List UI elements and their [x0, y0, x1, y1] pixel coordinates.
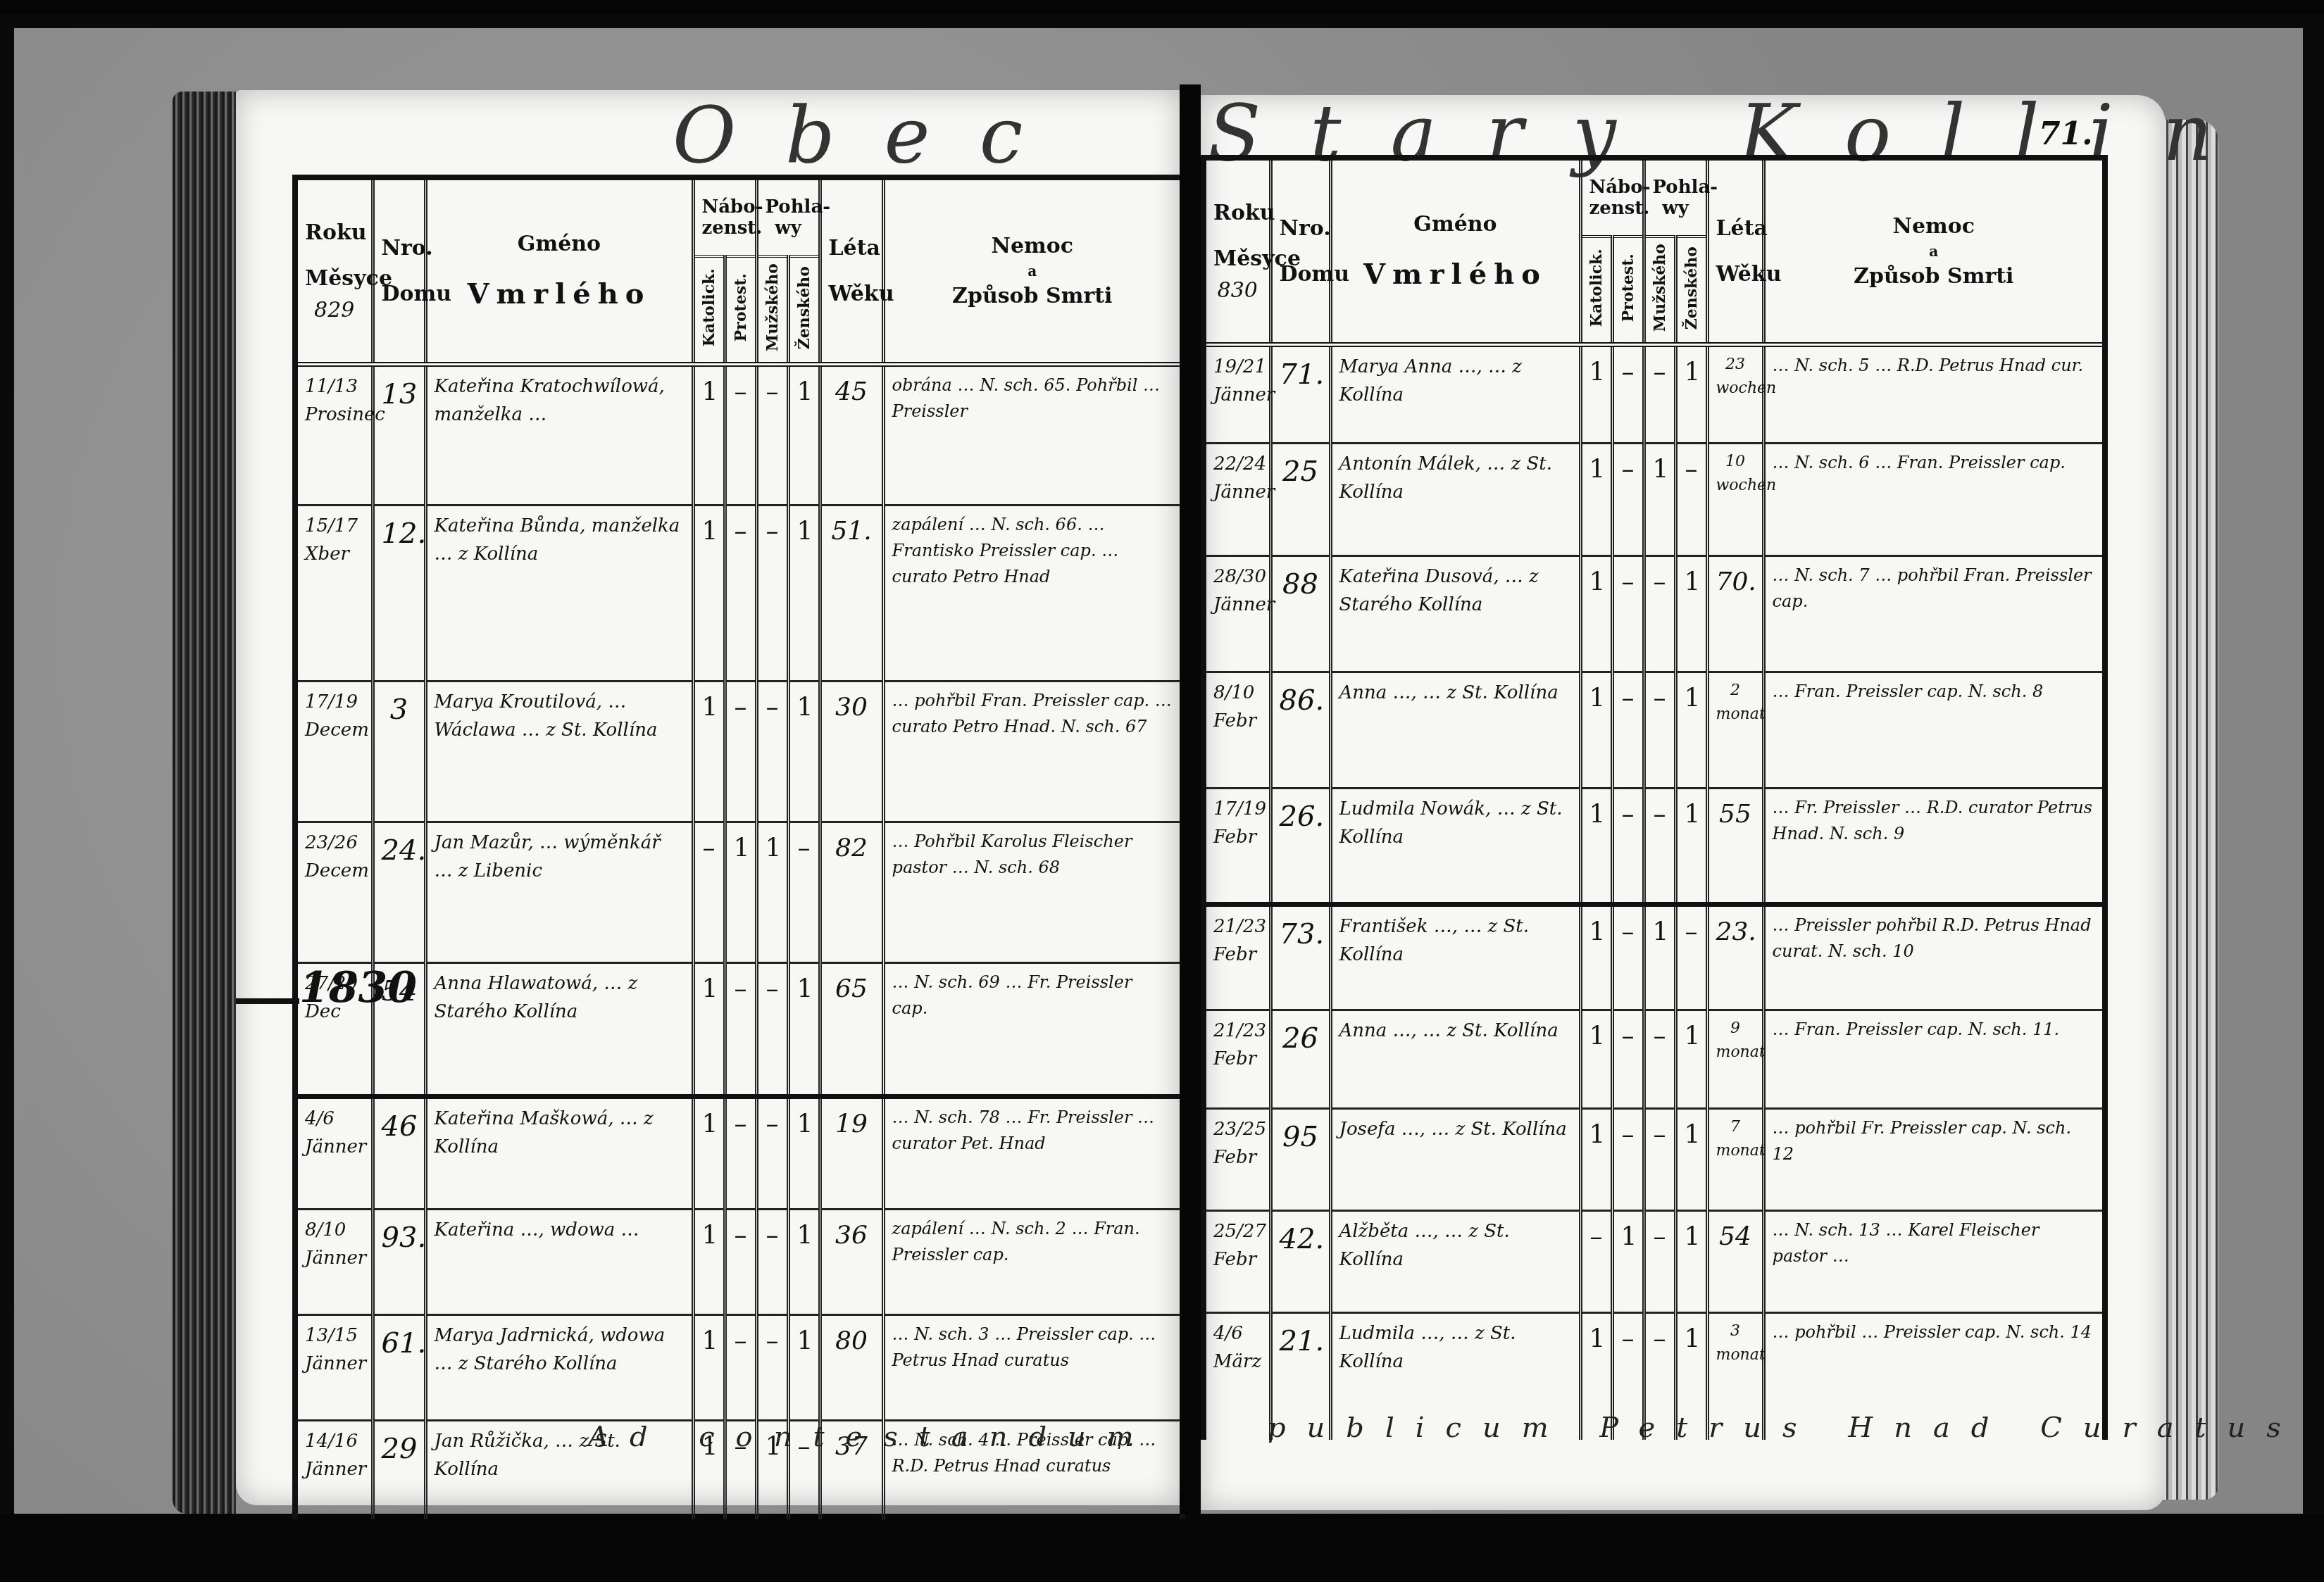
entry-age: 55: [1707, 789, 1763, 905]
entry-house: 3: [373, 682, 425, 822]
header-roku: Roku: [305, 220, 367, 245]
entry-catholic: 1: [693, 365, 725, 506]
entry-cause: … N. sch. 5 … R.D. Petrus Hnad cur.: [1763, 345, 2105, 444]
entry-name: Josefa …, … z St. Kollína: [1330, 1109, 1580, 1211]
entry-date: 21/23 Febr: [1204, 1010, 1270, 1109]
header-leta: Léta: [829, 236, 880, 260]
entry-name: Kateřina …, wdowa …: [425, 1210, 693, 1315]
entry-house: 13: [373, 365, 425, 506]
entry-house: 88: [1270, 556, 1330, 672]
entry-catholic: 1: [693, 1097, 725, 1210]
header-nabozenst: Nábo-zenst.: [1580, 158, 1644, 237]
header-vmrleho: Vmrlého: [1339, 258, 1572, 291]
header-gmeno-vmrleho: Gméno Vmrlého: [425, 177, 693, 365]
entry-date: 4/6 Jänner: [295, 1097, 373, 1210]
entry-catholic: 1: [1580, 1109, 1612, 1211]
entry-cause: … pohřbil Fran. Preissler cap. … curato …: [883, 682, 1182, 822]
entry-male: 1: [1644, 905, 1675, 1010]
header-zenskeho: Ženského: [1675, 237, 1707, 345]
entry-male: –: [756, 1097, 788, 1210]
entry-age: 7 monat: [1707, 1109, 1763, 1211]
entry-catholic: 1: [693, 1315, 725, 1421]
entry-name: Kateřina Dusová, … z Starého Kollína: [1330, 556, 1580, 672]
header-katolick: Katolick.: [693, 256, 725, 365]
entry-name: František …, … z St. Kollína: [1330, 905, 1580, 1010]
entry-protestant: –: [1612, 1010, 1644, 1109]
entry-cause: … N. sch. 13 … Karel Fleischer pastor …: [1763, 1211, 2105, 1313]
book-gutter: [1180, 84, 1201, 1514]
entry-catholic: 1: [1580, 556, 1612, 672]
year-divider-mark: [236, 998, 299, 1004]
entry-female: 1: [1675, 556, 1707, 672]
entry-cause: … N. sch. 3 … Preissler cap. … Petrus Hn…: [883, 1315, 1182, 1421]
year-marker-1830: 1830: [299, 963, 417, 1012]
entry-house: 71.: [1270, 345, 1330, 444]
entry-age: 65: [820, 963, 883, 1097]
entry-protestant: –: [725, 506, 756, 682]
entry-cause: … Pohřbil Karolus Fleischer pastor … N. …: [883, 822, 1182, 963]
closing-note-right: publicum Petrus Hnad Curatus: [1268, 1412, 2302, 1444]
entry-house: 86.: [1270, 672, 1330, 789]
table-row: 15/17 Xber 12. Kateřina Bůnda, manželka …: [295, 506, 1182, 682]
book-page-edges-left: [173, 92, 236, 1514]
entry-catholic: 1: [1580, 444, 1612, 556]
entry-female: 1: [788, 1210, 820, 1315]
entry-catholic: 1: [1580, 672, 1612, 789]
entry-house: 46: [373, 1097, 425, 1210]
entry-date: 17/19 Decem: [295, 682, 373, 822]
header-muzskeho: Mužského: [1644, 237, 1675, 345]
header-protest: Protest.: [1612, 237, 1644, 345]
entry-age: 10 wochen: [1707, 444, 1763, 556]
right-page: Stary Kollin 71. Roku Měsyce 830 Nro. Do…: [1201, 95, 2166, 1510]
register-table-left: Roku Měsyce 829 Nro. Domu Gméno Vmrlého …: [292, 175, 1185, 1519]
entry-cause: zapálení … N. sch. 2 … Fran. Preissler c…: [883, 1210, 1182, 1315]
book-page-edges-right: [2162, 120, 2218, 1500]
entry-house: 95: [1270, 1109, 1330, 1211]
entry-house: 25: [1270, 444, 1330, 556]
entry-age: 19: [820, 1097, 883, 1210]
entry-house: 42.: [1270, 1211, 1330, 1313]
entry-date: 21/23 Febr: [1204, 905, 1270, 1010]
header-a: a: [1773, 243, 2096, 260]
entry-house: 61.: [373, 1315, 425, 1421]
table-row: 21/23 Febr 26 Anna …, … z St. Kollína 1 …: [1204, 1010, 2105, 1109]
entry-name: Jan Mazůr, … wýměnkář … z Libenic: [425, 822, 693, 963]
header-weku: Wěku: [829, 282, 875, 306]
entry-male: –: [1644, 672, 1675, 789]
entry-protestant: –: [1612, 905, 1644, 1010]
entry-name: Kateřina Bůnda, manželka … z Kollína: [425, 506, 693, 682]
entry-name: Kateřina Kratochwílowá, manželka …: [425, 365, 693, 506]
entry-catholic: –: [1580, 1211, 1612, 1313]
entry-date: 22/24 Jänner: [1204, 444, 1270, 556]
entry-age: 54: [1707, 1211, 1763, 1313]
entry-catholic: 1: [693, 682, 725, 822]
header-vmrleho: Vmrlého: [435, 277, 685, 310]
entry-age: 51.: [820, 506, 883, 682]
entry-age: 23.: [1707, 905, 1763, 1010]
entry-date: 15/17 Xber: [295, 506, 373, 682]
entry-date: 17/19 Febr: [1204, 789, 1270, 905]
entry-house: 12.: [373, 506, 425, 682]
header-gmeno: Gméno: [1413, 212, 1497, 237]
header-roku-mesyce: Roku Měsyce 830: [1204, 158, 1270, 345]
entry-date: 4/6 März: [1204, 1313, 1270, 1440]
entry-age: 70.: [1707, 556, 1763, 672]
entry-cause: … pohřbil Fr. Preissler cap. N. sch. 12: [1763, 1109, 2105, 1211]
header-nemoc: Nemoc: [1893, 214, 1975, 239]
entry-name: Ludmila Nowák, … z St. Kollína: [1330, 789, 1580, 905]
entry-protestant: –: [725, 1097, 756, 1210]
entry-age: 2 monat: [1707, 672, 1763, 789]
header-roku: Roku: [1213, 201, 1275, 225]
header-pohlawy: Pohla-wy: [1644, 158, 1707, 237]
entry-cause: … Fran. Preissler cap. N. sch. 11.: [1763, 1010, 2105, 1109]
entry-male: –: [756, 506, 788, 682]
entry-female: 1: [788, 1097, 820, 1210]
entry-male: 1: [1644, 444, 1675, 556]
entry-male: –: [756, 1315, 788, 1421]
entry-protestant: –: [1612, 444, 1644, 556]
header-protest: Protest.: [725, 256, 756, 365]
entry-house: 29: [373, 1421, 425, 1519]
entry-date: 28/30 Jänner: [1204, 556, 1270, 672]
header-nro: Nro.: [382, 236, 433, 260]
entry-female: 1: [788, 963, 820, 1097]
header-year: 830: [1213, 278, 1262, 303]
entry-male: –: [756, 365, 788, 506]
header-zpusob-smrti: Způsob Smrti: [892, 284, 1173, 308]
header-nemoc: Nemoc: [992, 234, 1074, 258]
header-zpusob-smrti: Způsob Smrti: [1773, 264, 2096, 289]
entry-female: 1: [788, 1315, 820, 1421]
entry-protestant: –: [1612, 672, 1644, 789]
entry-house: 73.: [1270, 905, 1330, 1010]
entry-male: –: [1644, 1109, 1675, 1211]
entry-date: 13/15 Jänner: [295, 1315, 373, 1421]
header-domu: Domu: [1280, 262, 1322, 287]
entry-cause: … N. sch. 6 … Fran. Preissler cap.: [1763, 444, 2105, 556]
entry-protestant: –: [725, 1210, 756, 1315]
table-row: 28/30 Jänner 88 Kateřina Dusová, … z Sta…: [1204, 556, 2105, 672]
entry-protestant: –: [725, 1315, 756, 1421]
entry-name: Marya Anna …, … z Kollína: [1330, 345, 1580, 444]
table-row: 25/27 Febr 42. Alžběta …, … z St. Kollín…: [1204, 1211, 2105, 1313]
entry-cause: … N. sch. 69 … Fr. Preissler cap.: [883, 963, 1182, 1097]
entry-female: 1: [1675, 1211, 1707, 1313]
entry-date: 23/25 Febr: [1204, 1109, 1270, 1211]
entry-protestant: –: [725, 365, 756, 506]
table-row: 27/29 Dec 54 Anna Hlawatowá, … z Starého…: [295, 963, 1182, 1097]
table-row: 11/13 Prosinec 13 Kateřina Kratochwílowá…: [295, 365, 1182, 506]
entry-female: 1: [1675, 672, 1707, 789]
entry-protestant: –: [1612, 1109, 1644, 1211]
header-pohlawy: Pohla-wy: [756, 177, 820, 256]
table-row: 13/15 Jänner 61. Marya Jadrnická, wdowa …: [295, 1315, 1182, 1421]
entry-name: Anna …, … z St. Kollína: [1330, 1010, 1580, 1109]
entry-catholic: 1: [1580, 1010, 1612, 1109]
header-domu: Domu: [382, 282, 417, 306]
entry-date: 14/16 Jänner: [295, 1421, 373, 1519]
table-row: 4/6 Jänner 46 Kateřina Maškowá, … z Koll…: [295, 1097, 1182, 1210]
entry-male: 1: [756, 822, 788, 963]
scan-border-bottom: [0, 1514, 2324, 1582]
entry-age: 9 monat: [1707, 1010, 1763, 1109]
entry-name: Anna Hlawatowá, … z Starého Kollína: [425, 963, 693, 1097]
header-mesyce: Měsyce: [1213, 246, 1262, 271]
table-row: 17/19 Decem 3 Marya Kroutilová, … Wáclaw…: [295, 682, 1182, 822]
entry-house: 93.: [373, 1210, 425, 1315]
entry-protestant: 1: [725, 822, 756, 963]
entry-female: 1: [1675, 789, 1707, 905]
entry-protestant: 1: [1612, 1211, 1644, 1313]
entry-male: –: [1644, 789, 1675, 905]
entry-female: 1: [1675, 345, 1707, 444]
entry-date: 19/21 Jänner: [1204, 345, 1270, 444]
entry-catholic: 1: [1580, 789, 1612, 905]
entry-female: 1: [788, 506, 820, 682]
entry-date: 8/10 Jänner: [295, 1210, 373, 1315]
table-row: 22/24 Jänner 25 Antonín Málek, … z St. K…: [1204, 444, 2105, 556]
entry-protestant: –: [725, 682, 756, 822]
table-row: 19/21 Jänner 71. Marya Anna …, … z Kollí…: [1204, 345, 2105, 444]
header-zenskeho: Ženského: [788, 256, 820, 365]
entry-date: 25/27 Febr: [1204, 1211, 1270, 1313]
entry-cause: zapálení … N. sch. 66. … Frantisko Preis…: [883, 506, 1182, 682]
entry-age: 36: [820, 1210, 883, 1315]
entry-catholic: 1: [693, 1210, 725, 1315]
header-nemoc-zpusob: Nemoc a Způsob Smrti: [883, 177, 1182, 365]
register-table-right: Roku Měsyce 830 Nro. Domu Gméno Vmrlého …: [1201, 155, 2108, 1440]
entry-name: Kateřina Maškowá, … z Kollína: [425, 1097, 693, 1210]
table-row: 8/10 Jänner 93. Kateřina …, wdowa … 1 – …: [295, 1210, 1182, 1315]
header-nro: Nro.: [1280, 216, 1331, 241]
table-row: 23/25 Febr 95 Josefa …, … z St. Kollína …: [1204, 1109, 2105, 1211]
entry-protestant: –: [1612, 556, 1644, 672]
entry-female: 1: [788, 365, 820, 506]
header-mesyce: Měsyce: [305, 266, 364, 291]
entry-female: 1: [788, 682, 820, 822]
folio-number: 71.: [2039, 116, 2093, 152]
entry-age: 23 wochen: [1707, 345, 1763, 444]
entry-cause: … Preissler pohřbil R.D. Petrus Hnad cur…: [1763, 905, 2105, 1010]
table-row: 8/10 Febr 86. Anna …, … z St. Kollína 1 …: [1204, 672, 2105, 789]
entry-male: –: [756, 682, 788, 822]
entry-female: 1: [1675, 1010, 1707, 1109]
entry-male: –: [1644, 556, 1675, 672]
entry-name: Antonín Málek, … z St. Kollína: [1330, 444, 1580, 556]
entry-house: 26.: [1270, 789, 1330, 905]
entry-age: 80: [820, 1315, 883, 1421]
place-title-left: Obec: [673, 90, 1072, 180]
entry-date: 11/13 Prosinec: [295, 365, 373, 506]
entry-protestant: –: [725, 963, 756, 1097]
table-row: 23/26 Decem 24. Jan Mazůr, … wýměnkář … …: [295, 822, 1182, 963]
entry-date: 8/10 Febr: [1204, 672, 1270, 789]
header-gmeno-vmrleho: Gméno Vmrlého: [1330, 158, 1580, 345]
header-gmeno: Gméno: [518, 232, 601, 256]
entry-name: Alžběta …, … z St. Kollína: [1330, 1211, 1580, 1313]
table-row: 21/23 Febr 73. František …, … z St. Koll…: [1204, 905, 2105, 1010]
entry-date: 23/26 Decem: [295, 822, 373, 963]
entry-catholic: 1: [1580, 345, 1612, 444]
table-row: 17/19 Febr 26. Ludmila Nowák, … z St. Ko…: [1204, 789, 2105, 905]
header-muzskeho: Mužského: [756, 256, 788, 365]
entry-catholic: 1: [693, 963, 725, 1097]
entry-house: 24.: [373, 822, 425, 963]
header-nabozenst: Nábo-zenst.: [693, 177, 756, 256]
entry-age: 45: [820, 365, 883, 506]
entry-male: –: [756, 963, 788, 1097]
entry-female: 1: [1675, 1109, 1707, 1211]
entry-male: –: [1644, 1010, 1675, 1109]
header-year: 829: [305, 298, 364, 322]
entry-female: –: [1675, 444, 1707, 556]
entry-protestant: –: [1612, 789, 1644, 905]
entry-catholic: 1: [693, 506, 725, 682]
entry-cause: … N. sch. 7 … pohřbil Fran. Preissler ca…: [1763, 556, 2105, 672]
entry-female: –: [788, 822, 820, 963]
left-page: Obec Roku Měsyce 829 Nro. Domu Gméno V: [236, 90, 1180, 1505]
entry-male: –: [1644, 1211, 1675, 1313]
entry-house: 26: [1270, 1010, 1330, 1109]
entry-cause: obrána … N. sch. 65. Pohřbil … Preissler: [883, 365, 1182, 506]
header-roku-mesyce: Roku Měsyce 829: [295, 177, 373, 365]
entry-protestant: –: [1612, 345, 1644, 444]
entry-catholic: 1: [1580, 905, 1612, 1010]
entry-male: –: [1644, 345, 1675, 444]
entry-name: Marya Jadrnická, wdowa … z Starého Kollí…: [425, 1315, 693, 1421]
entry-catholic: –: [693, 822, 725, 963]
entry-name: Marya Kroutilová, … Wáclawa … z St. Koll…: [425, 682, 693, 822]
header-leta: Léta: [1716, 216, 1768, 241]
header-katolick: Katolick.: [1580, 237, 1612, 345]
entry-age: 82: [820, 822, 883, 963]
header-nemoc-zpusob: Nemoc a Způsob Smrti: [1763, 158, 2105, 345]
entry-female: –: [1675, 905, 1707, 1010]
entry-cause: … N. sch. 78 … Fr. Preissler … curator P…: [883, 1097, 1182, 1210]
entry-cause: … Fran. Preissler cap. N. sch. 8: [1763, 672, 2105, 789]
entry-male: –: [756, 1210, 788, 1315]
header-weku: Wěku: [1716, 262, 1755, 287]
entry-name: Anna …, … z St. Kollína: [1330, 672, 1580, 789]
entry-cause: … Fr. Preissler … R.D. curator Petrus Hn…: [1763, 789, 2105, 905]
header-a: a: [892, 263, 1173, 280]
entry-age: 30: [820, 682, 883, 822]
scan-border-top: [0, 0, 2324, 14]
